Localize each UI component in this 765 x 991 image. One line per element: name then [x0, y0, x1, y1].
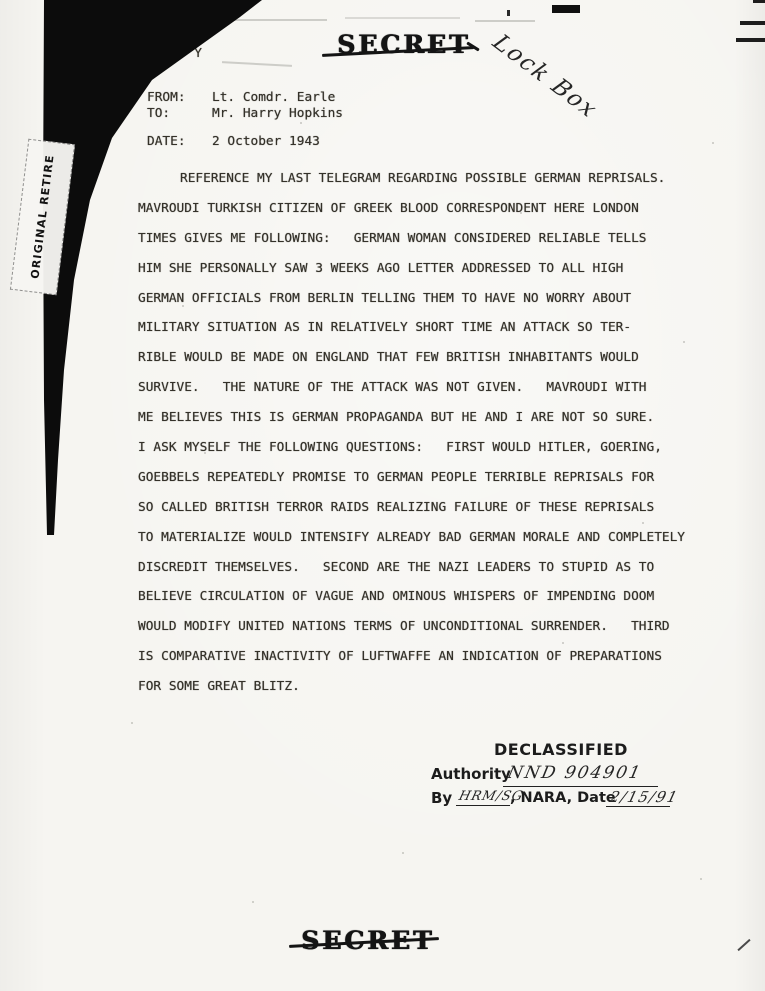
body-line: GOEBBELS REPEATEDLY PROMISE TO GERMAN PE… — [138, 463, 718, 493]
paper-speck — [300, 122, 302, 124]
body-line: HIM SHE PERSONALLY SAW 3 WEEKS AGO LETTE… — [138, 254, 718, 284]
to-label: TO: — [147, 106, 170, 121]
body-line: I ASK MYSELF THE FOLLOWING QUESTIONS: FI… — [138, 433, 718, 463]
original-retire-stamp: ORIGINAL RETIRE — [10, 139, 75, 296]
date-underline — [606, 806, 670, 807]
authority-handwritten-value: NND 904901 — [506, 763, 644, 783]
from-label: FROM: — [147, 90, 186, 105]
scan-edge-dash — [753, 0, 765, 3]
body-line: RIBLE WOULD BE MADE ON ENGLAND THAT FEW … — [138, 343, 718, 373]
scan-scratch — [475, 20, 535, 22]
body-line: IS COMPARATIVE INACTIVITY OF LUFTWAFFE A… — [138, 642, 718, 672]
paper-speck — [712, 142, 714, 144]
body-line: SURVIVE. THE NATURE OF THE ATTACK WAS NO… — [138, 373, 718, 403]
body-line: SO CALLED BRITISH TERROR RAIDS REALIZING… — [138, 493, 718, 523]
scanned-telegram-document: ORIGINAL RETIRE C O P Y SECRET Lock Box … — [0, 0, 765, 991]
scan-artifact-top-dash — [552, 5, 580, 13]
authority-label: Authority — [431, 765, 511, 783]
body-line: TIMES GIVES ME FOLLOWING: GERMAN WOMAN C… — [138, 224, 718, 254]
date-label: DATE: — [147, 134, 186, 149]
scan-scratch — [222, 61, 292, 66]
body-line: MAVROUDI TURKISH CITIZEN OF GREEK BLOOD … — [138, 194, 718, 224]
body-line: GERMAN OFFICIALS FROM BERLIN TELLING THE… — [138, 284, 718, 314]
scan-edge-dash — [740, 21, 765, 25]
date-handwritten-value: 2/15/91 — [608, 788, 681, 806]
copy-label: C O P Y — [148, 46, 202, 61]
body-line: REFERENCE MY LAST TELEGRAM REGARDING POS… — [138, 164, 718, 194]
scan-scratch — [345, 17, 460, 19]
scan-edge-dash — [736, 38, 765, 42]
paper-speck — [402, 852, 404, 854]
body-line: WOULD MODIFY UNITED NATIONS TERMS OF UNC… — [138, 612, 718, 642]
body-line: ME BELIEVES THIS IS GERMAN PROPAGANDA BU… — [138, 403, 718, 433]
to-value: Mr. Harry Hopkins — [212, 106, 343, 121]
original-retire-stamp-text: ORIGINAL RETIRE — [28, 154, 56, 280]
handwritten-lock-box-note: Lock Box — [487, 30, 603, 123]
nara-date-label: , NARA, Date — [510, 790, 616, 806]
declassified-title: DECLASSIFIED — [494, 740, 628, 759]
body-line: MILITARY SITUATION AS IN RELATIVELY SHOR… — [138, 313, 718, 343]
paper-speck — [700, 878, 702, 880]
scan-slash-mark — [737, 939, 750, 951]
telegram-body: REFERENCE MY LAST TELEGRAM REGARDING POS… — [138, 164, 718, 702]
body-line: DISCREDIT THEMSELVES. SECOND ARE THE NAZ… — [138, 553, 718, 583]
body-line: FOR SOME GREAT BLITZ. — [138, 672, 718, 702]
authority-underline — [503, 786, 658, 787]
by-underline — [456, 805, 510, 806]
paper-speck — [252, 901, 254, 903]
scan-scratch — [232, 19, 327, 21]
body-line: TO MATERIALIZE WOULD INTENSIFY ALREADY B… — [138, 523, 718, 553]
paper-speck — [131, 722, 133, 724]
date-value: 2 October 1943 — [212, 134, 320, 149]
body-line: BELIEVE CIRCULATION OF VAGUE AND OMINOUS… — [138, 582, 718, 612]
by-label: By — [431, 789, 452, 807]
from-value: Lt. Comdr. Earle — [212, 90, 335, 105]
